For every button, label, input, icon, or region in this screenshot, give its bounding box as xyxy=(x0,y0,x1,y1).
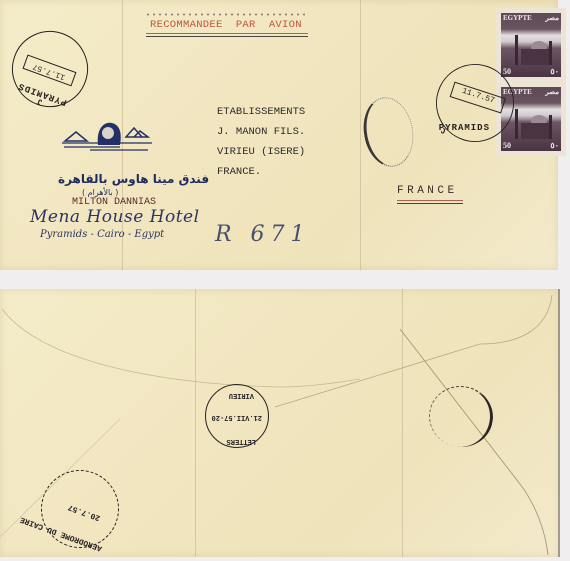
recipient-line-1: ETABLISSEMENTS xyxy=(217,106,305,118)
fold-line xyxy=(360,0,361,270)
recipient-line-2: J. MANON FILS. xyxy=(217,126,305,138)
hotel-arabic-name: فندق مينا هاوس بالقاهرة xyxy=(58,172,209,186)
hotel-name: Mena House Hotel xyxy=(30,207,200,227)
postmark-pyramids-left: PYRAMIDS J 11.7.57 xyxy=(1,20,98,117)
fold-line xyxy=(195,289,196,557)
postmark-date: 11.7.57 xyxy=(22,54,76,86)
mosque-icon xyxy=(511,33,557,67)
envelope-front: PYRAMIDS J 11.7.57 RECOMMANDEE PAR AVION… xyxy=(0,0,558,270)
sphinx-logo-icon xyxy=(60,115,155,165)
recipient-line-3: VIRIEU (ISERE) xyxy=(217,146,305,158)
postmark-virieu: LETTERS 21.VII.57-20 VIRIEU xyxy=(205,384,269,448)
airmail-underline xyxy=(146,33,308,37)
postmark-aerodrome-caire: AERODROME DU CAIRE 20.7.57 xyxy=(30,459,130,559)
partial-postmark xyxy=(424,381,498,452)
destination-country: FRANCE xyxy=(397,185,458,197)
hotel-arabic-sub: ( بالأهرام ) xyxy=(82,188,118,197)
airmail-label: RECOMMANDEE PAR AVION xyxy=(150,19,302,31)
airmail-dotted-line xyxy=(145,13,305,16)
stamp-egypt-50: EGYPTEمصر 50٥٠ xyxy=(496,8,566,82)
faded-oval-postmark xyxy=(358,93,418,170)
fold-line xyxy=(402,289,403,557)
hotel-address: Pyramids - Cairo - Egypt xyxy=(40,229,164,240)
mosque-icon xyxy=(511,107,557,141)
postmark-date: 11.7.57 xyxy=(450,82,506,114)
envelope-back: AERODROME DU CAIRE 20.7.57 LETTERS 21.VI… xyxy=(0,289,560,557)
recipient-line-4: FRANCE. xyxy=(217,166,261,178)
registration-mark: R 671 xyxy=(215,222,311,247)
country-underline xyxy=(397,200,463,204)
